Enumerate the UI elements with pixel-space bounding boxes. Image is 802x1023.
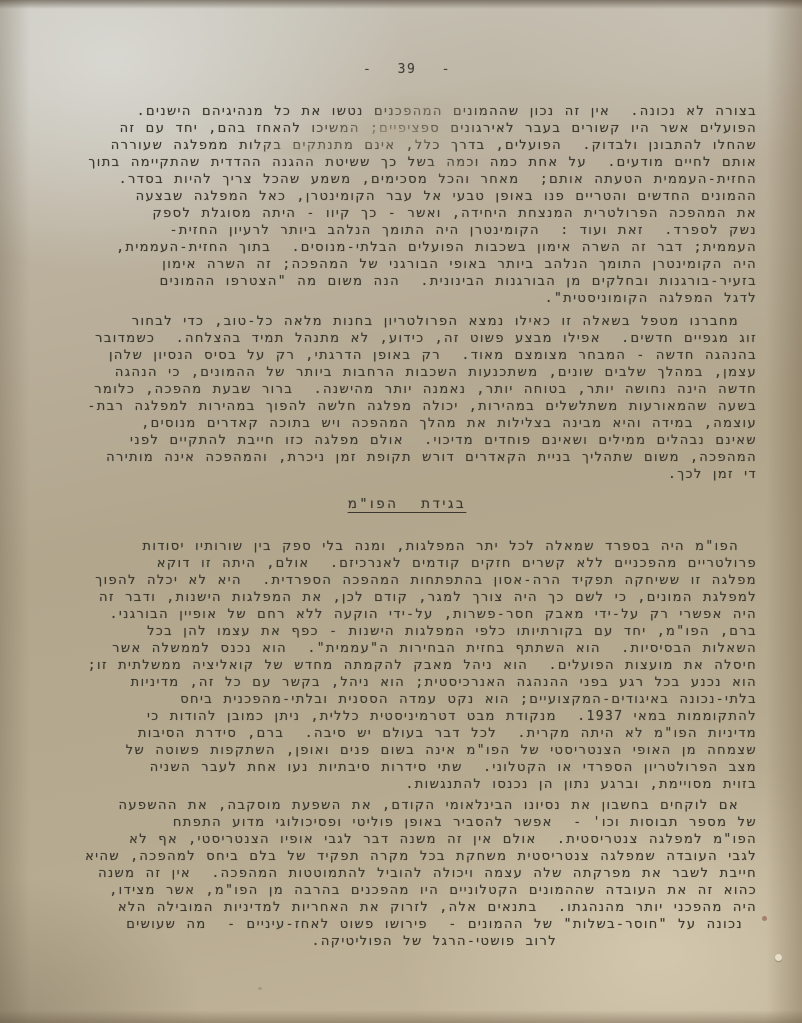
text-line: שהחלו להתבונן ולבדוק. הפועלים, בדרך כלל,…: [57, 137, 757, 154]
paragraph-4: אם לוקחים בחשבון את נסיונו הבינלאומי הקו…: [57, 797, 757, 950]
text-line: הפו"מ היה בספרד שמאלה לכל יתר המפלגות, ו…: [57, 538, 757, 555]
text-line: חייבת לשבר את מפרקתה שלה עצמה ויכולה להו…: [57, 865, 757, 882]
text-line: שאינם נבהלים ממילים ושאינם פוחדים מדיכוי…: [57, 432, 757, 449]
text-line: השאלות הבסיסיות. הוא השתתף בחזית הבחירות…: [57, 640, 757, 657]
text-line: של מספר תבוסות וכו' - אפשר להסביר באופן …: [57, 814, 757, 831]
text-line: בהנהגה חדשה - המבחר מצומצם מאוד. רק באופ…: [57, 347, 757, 364]
text-line: המהפכה, משום שתהליך בניית הקאדרים דורש ת…: [57, 449, 757, 466]
text-line: בשעה שהמאורעות משתלשלים במהירות, יכולה מ…: [57, 398, 757, 415]
text-line: בלתי-נכונה באיגודים-המקצועיים; הוא נקט ע…: [57, 691, 757, 708]
paragraph-2: מחברנו מטפל בשאלה זו כאילו נמצא הפרולטרי…: [57, 313, 757, 483]
text-line: היה מהפכני יותר מהנהגתו. בתנאים אלה, לזר…: [57, 899, 757, 916]
text-line: חיסלה את מועצות הפועלים. הוא ניהל מאבק ל…: [57, 657, 757, 674]
text-line: נשק לספרד. זאת ועוד : הקומינטרן היה התומ…: [57, 222, 757, 239]
text-line: פרולטריים מהפכניים ללא קשרים חזקים קודמי…: [57, 555, 757, 572]
page-number: - 39 -: [57, 62, 757, 77]
text-line: הפו"מ למפלגה צנטריסטית. אולם אין זה משנה…: [57, 831, 757, 848]
text-line: מחברנו מטפל בשאלה זו כאילו נמצא הפרולטרי…: [57, 313, 757, 330]
text-line: הפועלים אשר היו קשורים בעבר לאירגונים ספ…: [57, 120, 757, 137]
text-line: בזעיר-בורגנות ובחלקים מן הבורגנות הבינונ…: [57, 273, 757, 290]
text-line: שצמחה מן האופי הצנטריסטי של הפו"מ אינה ב…: [57, 742, 757, 759]
text-line: את המהפכה הפרולטרית המנצחת היחידה, ואשר …: [57, 205, 757, 222]
text-line: די זמן לכך.: [57, 466, 757, 483]
text-line: בזוית מסויימת, וברגע נתון הן נכנסו להתנג…: [57, 776, 757, 793]
text-line: לדגל המפלגה הקומוניסטית".: [57, 290, 757, 307]
text-line: מצב הפרולטריון הספרדי או הקטלוני. שתי סי…: [57, 759, 757, 776]
text-line: היה הקומינטרן התומך הנלהב ביותר באופי הב…: [57, 256, 757, 273]
text-line: הוא נכנע בכל רגע בפני ההנהגה האנרכיסטית;…: [57, 674, 757, 691]
text-line: חדשה הינה נחושה יותר, בטוחה יותר, נאמנה …: [57, 381, 757, 398]
text-line: מדיניות הפו"מ לא היתה מקרית. לכל דבר בעו…: [57, 725, 757, 742]
paragraph-3: הפו"מ היה בספרד שמאלה לכל יתר המפלגות, ו…: [57, 538, 757, 793]
paragraph-1: בצורה לא נכונה. אין זה נכון שההמונים המה…: [57, 103, 757, 307]
paper-speck: [762, 916, 767, 921]
text-line: להתקוממות במאי 1937. מנקודת מבט דטרמיניס…: [57, 708, 757, 725]
text-line: לגבי העובדה שמפלגה צנטריסטית משחקת בכל מ…: [57, 848, 757, 865]
text-line: העממית; דבר זה השרה אימון בשכבות הפועלים…: [57, 239, 757, 256]
scanned-document-page: - 39 - בצורה לא נכונה. אין זה נכון שההמו…: [0, 0, 802, 1023]
text-line: אם לוקחים בחשבון את נסיונו הבינלאומי הקו…: [57, 797, 757, 814]
text-line: זוג מגפיים חדשים. אפילו מבצע פשוט זה, כי…: [57, 330, 757, 347]
text-line: כהוא זה את העובדה שההמונים הקטלוניים היו…: [57, 882, 757, 899]
text-line: מפלגה זו ששיחקה תפקיד הרה-אסון בהתפתחות …: [57, 572, 757, 589]
text-line: בצורה לא נכונה. אין זה נכון שההמונים המה…: [57, 103, 757, 120]
text-line: לרוב פושטי-הרגל של הפוליטיקה.: [57, 933, 757, 950]
text-line: נכונה על "חוסר-בשלות" של ההמונים - פירוש…: [57, 916, 757, 933]
text-line: אותם לחיים מודעים. על אחת כמה וכמה בשל כ…: [57, 154, 757, 171]
section-heading: בגידת הפו"מ: [57, 496, 757, 512]
text-line: עצמן, במהלך שלבים שונים, משתכנעות השכבות…: [57, 364, 757, 381]
text-line: ברם, הפו"מ, יחד עם בקורתיותו כלפי המפלגו…: [57, 623, 757, 640]
text-line: ההמונים החדשים והטריים פנו באופן טבעי אל…: [57, 188, 757, 205]
text-line: היה אפשרי רק על-ידי מאבק חסר-פשרות, על-י…: [57, 606, 757, 623]
text-line: למפלגת המונים, כי לשם כך היה צורך למגר, …: [57, 589, 757, 606]
text-line: עוצמה, במידה והיא מבינה בצלילות את מהלך …: [57, 415, 757, 432]
paper-speck: [775, 954, 782, 961]
paper-speck: [258, 987, 262, 990]
text-line: החזית-העממית הטעתה אותם; מאחר והכל מסכימ…: [57, 171, 757, 188]
